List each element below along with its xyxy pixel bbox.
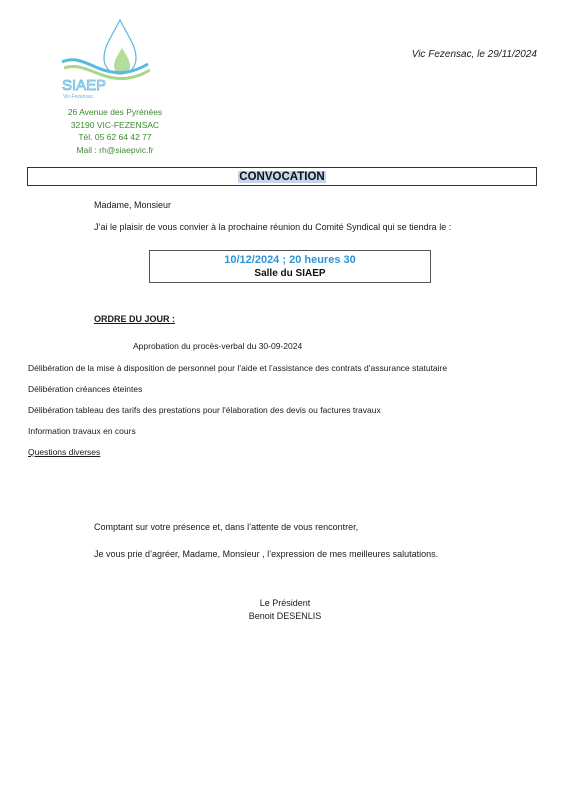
address-street: 26 Avenue des Pyrénées — [40, 106, 190, 119]
agenda-item: Délibération tableau des tarifs des pres… — [28, 405, 381, 415]
closing-line-1: Comptant sur votre présence et, dans l’a… — [94, 522, 358, 532]
signatory-name: Benoit DESENLIS — [220, 610, 350, 623]
address-phone: Tél. 05 62 64 42 77 — [40, 131, 190, 144]
sender-address: 26 Avenue des Pyrénées 32190 VIC-FEZENSA… — [40, 106, 190, 156]
closing-line-2: Je vous prie d’agréer, Madame, Monsieur … — [94, 549, 438, 559]
title-box: CONVOCATION — [27, 167, 537, 186]
agenda-item: Questions diverses — [28, 447, 100, 457]
meeting-place: Salle du SIAEP — [150, 267, 430, 280]
meeting-info-box: 10/12/2024 ; 20 heures 30 Salle du SIAEP — [149, 250, 431, 283]
address-email: Mail : rh@siaepvic.fr — [40, 144, 190, 157]
agenda-item: Approbation du procès-verbal du 30-09-20… — [133, 341, 302, 351]
agenda-heading: ORDRE DU JOUR : — [94, 314, 175, 324]
intro-paragraph: J’ai le plaisir de vous convier à la pro… — [94, 222, 451, 232]
water-drop-wave-icon: SIAEP Vic-Fezensac — [60, 18, 150, 100]
signatory-role: Le Président — [220, 597, 350, 610]
svg-text:SIAEP: SIAEP — [62, 77, 106, 94]
meeting-datetime: 10/12/2024 ; 20 heures 30 — [150, 253, 430, 267]
svg-text:Vic-Fezensac: Vic-Fezensac — [63, 94, 94, 100]
siaep-logo: SIAEP Vic-Fezensac — [60, 18, 150, 100]
address-city: 32190 VIC-FEZENSAC — [40, 119, 190, 132]
place-date: Vic Fezensac, le 29/11/2024 — [412, 49, 537, 60]
agenda-item: Information travaux en cours — [28, 426, 136, 436]
document-title: CONVOCATION — [238, 171, 325, 183]
agenda-item: Délibération de la mise à disposition de… — [28, 363, 447, 373]
agenda-item: Délibération créances éteintes — [28, 384, 142, 394]
signature-block: Le Président Benoit DESENLIS — [220, 597, 350, 623]
salutation: Madame, Monsieur — [94, 200, 171, 210]
